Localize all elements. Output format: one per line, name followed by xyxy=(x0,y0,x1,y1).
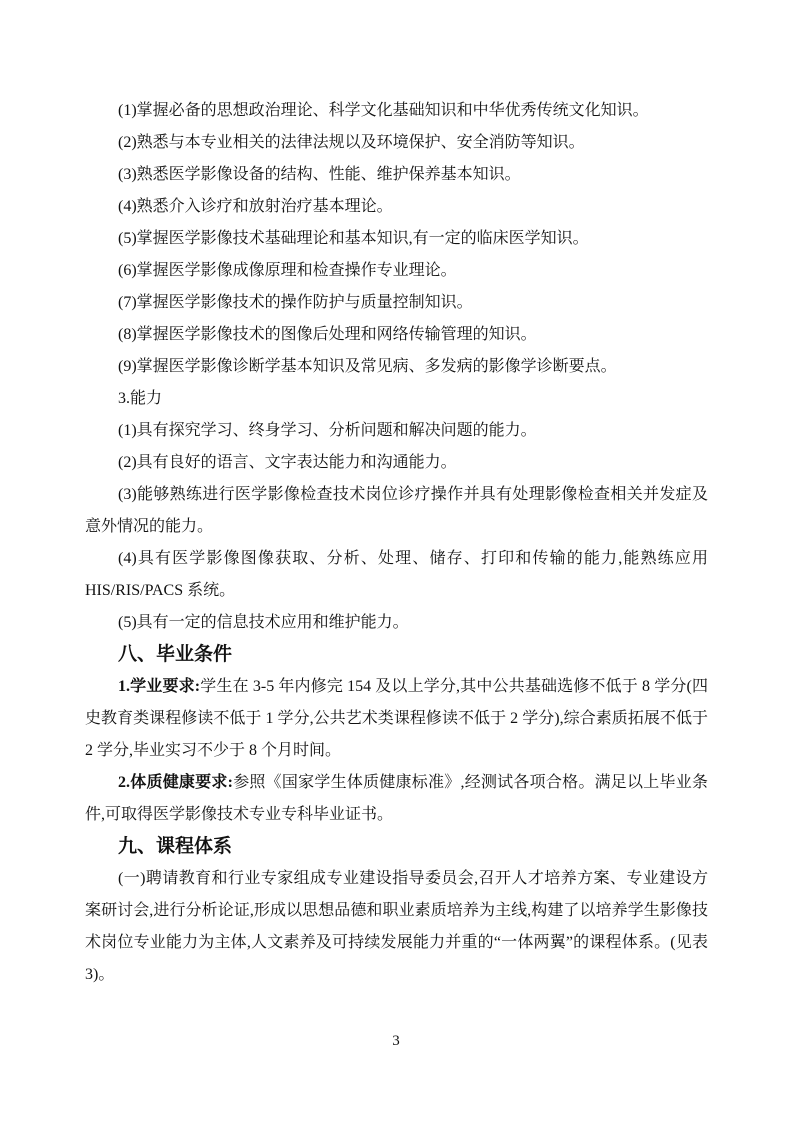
knowledge-item-8: (8)掌握医学影像技术的图像后处理和网络传输管理的知识。 xyxy=(85,319,708,351)
graduation-academic-requirement: 1.学业要求:学生在 3-5 年内修完 154 及以上学分,其中公共基础选修不低… xyxy=(85,671,708,767)
knowledge-item-6: (6)掌握医学影像成像原理和检查操作专业理论。 xyxy=(85,255,708,287)
knowledge-item-9: (9)掌握医学影像诊断学基本知识及常见病、多发病的影像学诊断要点。 xyxy=(85,351,708,383)
section-heading-graduation-requirements: 八、毕业条件 xyxy=(85,639,708,671)
knowledge-item-5: (5)掌握医学影像技术基础理论和基本知识,有一定的临床医学知识。 xyxy=(85,223,708,255)
page-footer: 3 xyxy=(0,1033,792,1049)
knowledge-item-2: (2)熟悉与本专业相关的法律法规以及环境保护、安全消防等知识。 xyxy=(85,127,708,159)
ability-item-4: (4)具有医学影像图像获取、分析、处理、储存、打印和传输的能力,能熟练应用 HI… xyxy=(85,543,708,607)
academic-requirement-label: 1.学业要求: xyxy=(118,678,200,695)
page-number: 3 xyxy=(392,1033,400,1049)
ability-item-1: (1)具有探究学习、终身学习、分析问题和解决问题的能力。 xyxy=(85,415,708,447)
knowledge-item-7: (7)掌握医学影像技术的操作防护与质量控制知识。 xyxy=(85,287,708,319)
curriculum-paragraph: (一)聘请教育和行业专家组成专业建设指导委员会,召开人才培养方案、专业建设方案研… xyxy=(85,863,708,991)
document-content: (1)掌握必备的思想政治理论、科学文化基础知识和中华优秀传统文化知识。 (2)熟… xyxy=(85,95,708,991)
ability-item-2: (2)具有良好的语言、文字表达能力和沟通能力。 xyxy=(85,447,708,479)
knowledge-item-3: (3)熟悉医学影像设备的结构、性能、维护保养基本知识。 xyxy=(85,159,708,191)
ability-item-5: (5)具有一定的信息技术应用和维护能力。 xyxy=(85,607,708,639)
ability-item-3: (3)能够熟练进行医学影像检查技术岗位诊疗操作并具有处理影像检查相关并发症及意外… xyxy=(85,479,708,543)
graduation-fitness-requirement: 2.体质健康要求:参照《国家学生体质健康标准》,经测试各项合格。满足以上毕业条件… xyxy=(85,767,708,831)
fitness-requirement-label: 2.体质健康要求: xyxy=(118,774,233,791)
document-page: (1)掌握必备的思想政治理论、科学文化基础知识和中华优秀传统文化知识。 (2)熟… xyxy=(0,0,792,1121)
knowledge-item-4: (4)熟悉介入诊疗和放射治疗基本理论。 xyxy=(85,191,708,223)
ability-subheading: 3.能力 xyxy=(85,383,708,415)
section-heading-curriculum-system: 九、课程体系 xyxy=(85,831,708,863)
knowledge-item-1: (1)掌握必备的思想政治理论、科学文化基础知识和中华优秀传统文化知识。 xyxy=(85,95,708,127)
